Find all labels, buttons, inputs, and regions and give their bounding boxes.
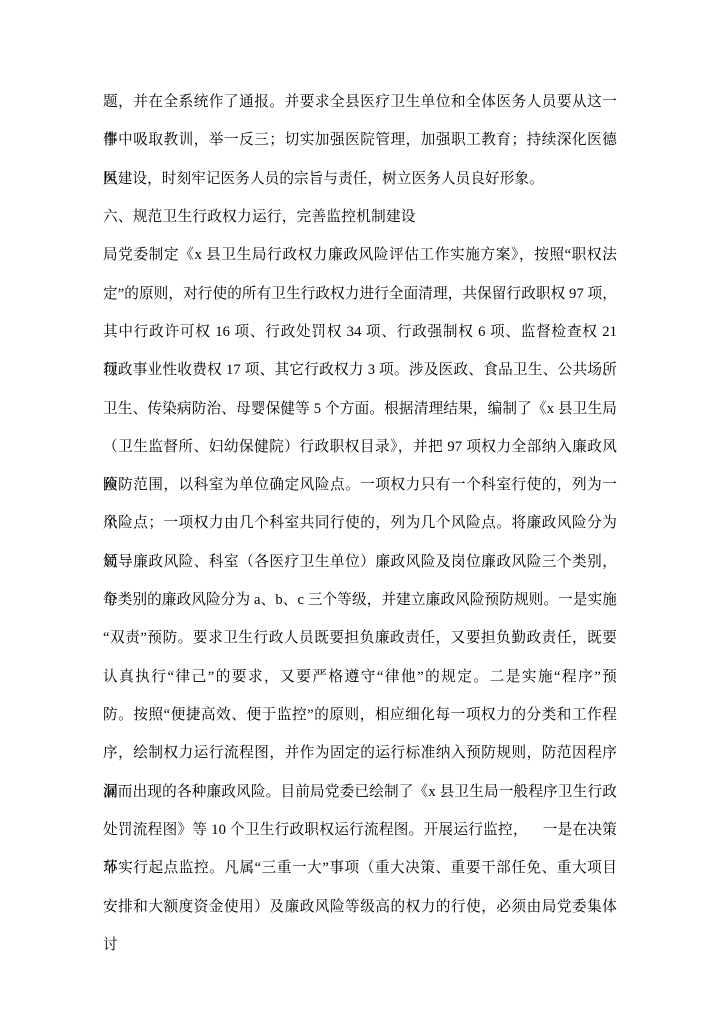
- text-line: 局党委制定《x 县卫生局行政权力廉政风险评估工作实施方案》，按照“职权法: [103, 236, 617, 274]
- text-line: 件中吸取教训，举一反三；切实加强医院管理，加强职工教育；持续深化医德医: [103, 121, 617, 159]
- section-heading: 六、规范卫生行政权力运行，完善监控机制建设: [103, 198, 617, 236]
- text-line: （卫生监督所、妇幼保健院）行政职权目录》，并把 97 项权力全部纳入廉政风险: [103, 428, 617, 466]
- text-line: 安排和大额度资金使用）及廉政风险等级高的权力的行使，必须由局党委集体讨: [103, 888, 617, 926]
- document-body: 题，并在全系统作了通报。并要求全县医疗卫生单位和全体医务人员要从这一事 件中吸取…: [103, 83, 617, 926]
- text-line: 洞而出现的各种廉政风险。目前局党委已绘制了《x 县卫生局一般程序卫生行政: [103, 773, 617, 811]
- document-page: 题，并在全系统作了通报。并要求全县医疗卫生单位和全体医务人员要从这一事 件中吸取…: [0, 0, 721, 1020]
- text-line: 题，并在全系统作了通报。并要求全县医疗卫生单位和全体医务人员要从这一事: [103, 83, 617, 121]
- text-line: 定”的原则，对行使的所有卫生行政权力进行全面清理，共保留行政职权 97 项，: [103, 275, 617, 313]
- text-line: 风险点；一项权力由几个科室共同行使的，列为几个风险点。将廉政风险分为局: [103, 504, 617, 542]
- text-line: 防。按照“便捷高效、便于监控”的原则，相应细化每一项权力的分类和工作程: [103, 696, 617, 734]
- text-line: 节实行起点监控。凡属“三重一大”事项（重大决策、重要干部任免、重大项目: [103, 849, 617, 887]
- text-line: 序，绘制权力运行流程图，并作为固定的运行标准纳入预防规则，防范因程序漏: [103, 734, 617, 772]
- text-line: 处罚流程图》等 10 个卫生行政职权运行流程图。开展运行监控， 一是在决策环: [103, 811, 617, 849]
- text-line: 认真执行“律己”的要求，又要严格遵守“律他”的规定。二是实施“程序”预: [103, 658, 617, 696]
- text-line: 个类别的廉政风险分为 a、b、c 三个等级，并建立廉政风险预防规则。一是实施: [103, 581, 617, 619]
- text-line: 领导廉政风险、科室（各医疗卫生单位）廉政风险及岗位廉政风险三个类别，每: [103, 543, 617, 581]
- text-line: “双责”预防。要求卫生行政人员既要担负廉政责任，又要担负勤政责任，既要: [103, 619, 617, 657]
- text-line: 行政事业性收费权 17 项、其它行政权力 3 项。涉及医政、食品卫生、公共场所: [103, 351, 617, 389]
- text-line: 卫生、传染病防治、母婴保健等 5 个方面。根据清理结果，编制了《x 县卫生局: [103, 390, 617, 428]
- text-line: 风建设，时刻牢记医务人员的宗旨与责任，树立医务人员良好形象。: [103, 160, 617, 198]
- text-line: 其中行政许可权 16 项、行政处罚权 34 项、行政强制权 6 项、监督检查权 …: [103, 313, 617, 351]
- text-line: 预防范围，以科室为单位确定风险点。一项权力只有一个科室行使的，列为一个: [103, 466, 617, 504]
